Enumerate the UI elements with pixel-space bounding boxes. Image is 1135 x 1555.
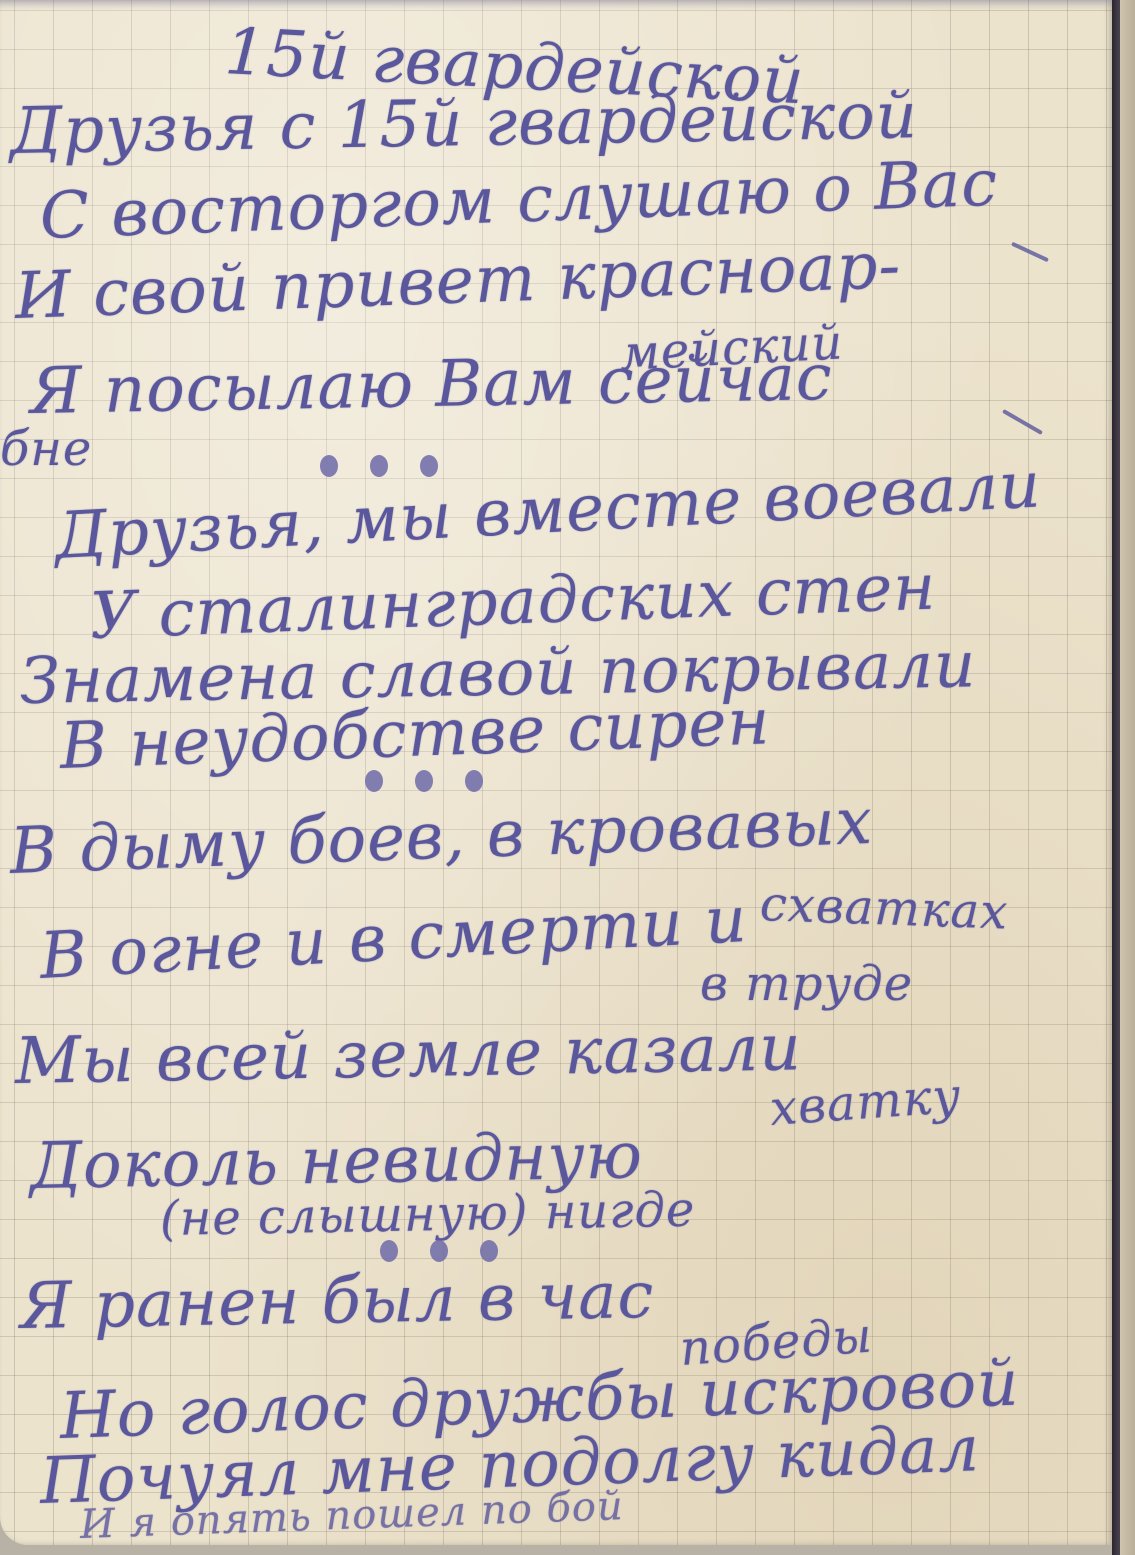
separator-dot <box>430 1240 448 1262</box>
separator-dot <box>465 770 483 792</box>
separator-dot <box>365 770 383 792</box>
stanza-1-line-5: Я посылаю Вам сейчас <box>29 346 833 424</box>
stanza-1-line-1: Друзья с 15й гвардейской <box>9 84 918 164</box>
stanza-3-line-8: (не слышную) нигде <box>160 1186 696 1243</box>
stanza-3-line-4: в труде <box>700 960 913 1008</box>
stanza-3-line-5: Мы всей земле казали <box>14 1016 802 1094</box>
stanza-3-line-6: хватку <box>768 1072 963 1133</box>
separator-dot <box>420 455 438 477</box>
stanza-separator <box>320 455 438 477</box>
separator-dot <box>415 770 433 792</box>
separator-dot <box>380 1240 398 1262</box>
separator-dot <box>370 455 388 477</box>
separator-dot <box>320 455 338 477</box>
page-top-shadow <box>0 0 1112 10</box>
right-margin-dash <box>1002 409 1043 435</box>
stanza-1-line-6: бне <box>0 425 92 473</box>
stanza-separator <box>365 770 483 792</box>
stanza-4-line-1: Я ранен был в час <box>19 1264 654 1339</box>
stanza-separator <box>380 1240 498 1262</box>
notebook-spine <box>1112 0 1120 1555</box>
stanza-3-line-3: В огне и в смерти и <box>38 888 748 989</box>
right-margin-dash <box>1011 242 1049 263</box>
stanza-3-line-2: схватках <box>759 880 1009 937</box>
separator-dot <box>480 1240 498 1262</box>
notebook-edge <box>1120 0 1135 1555</box>
notebook-page: 15й гвардейской Друзья с 15й гвардейской… <box>0 0 1112 1545</box>
stanza-3-line-1: В дыму боев, в кровавых <box>9 790 874 884</box>
